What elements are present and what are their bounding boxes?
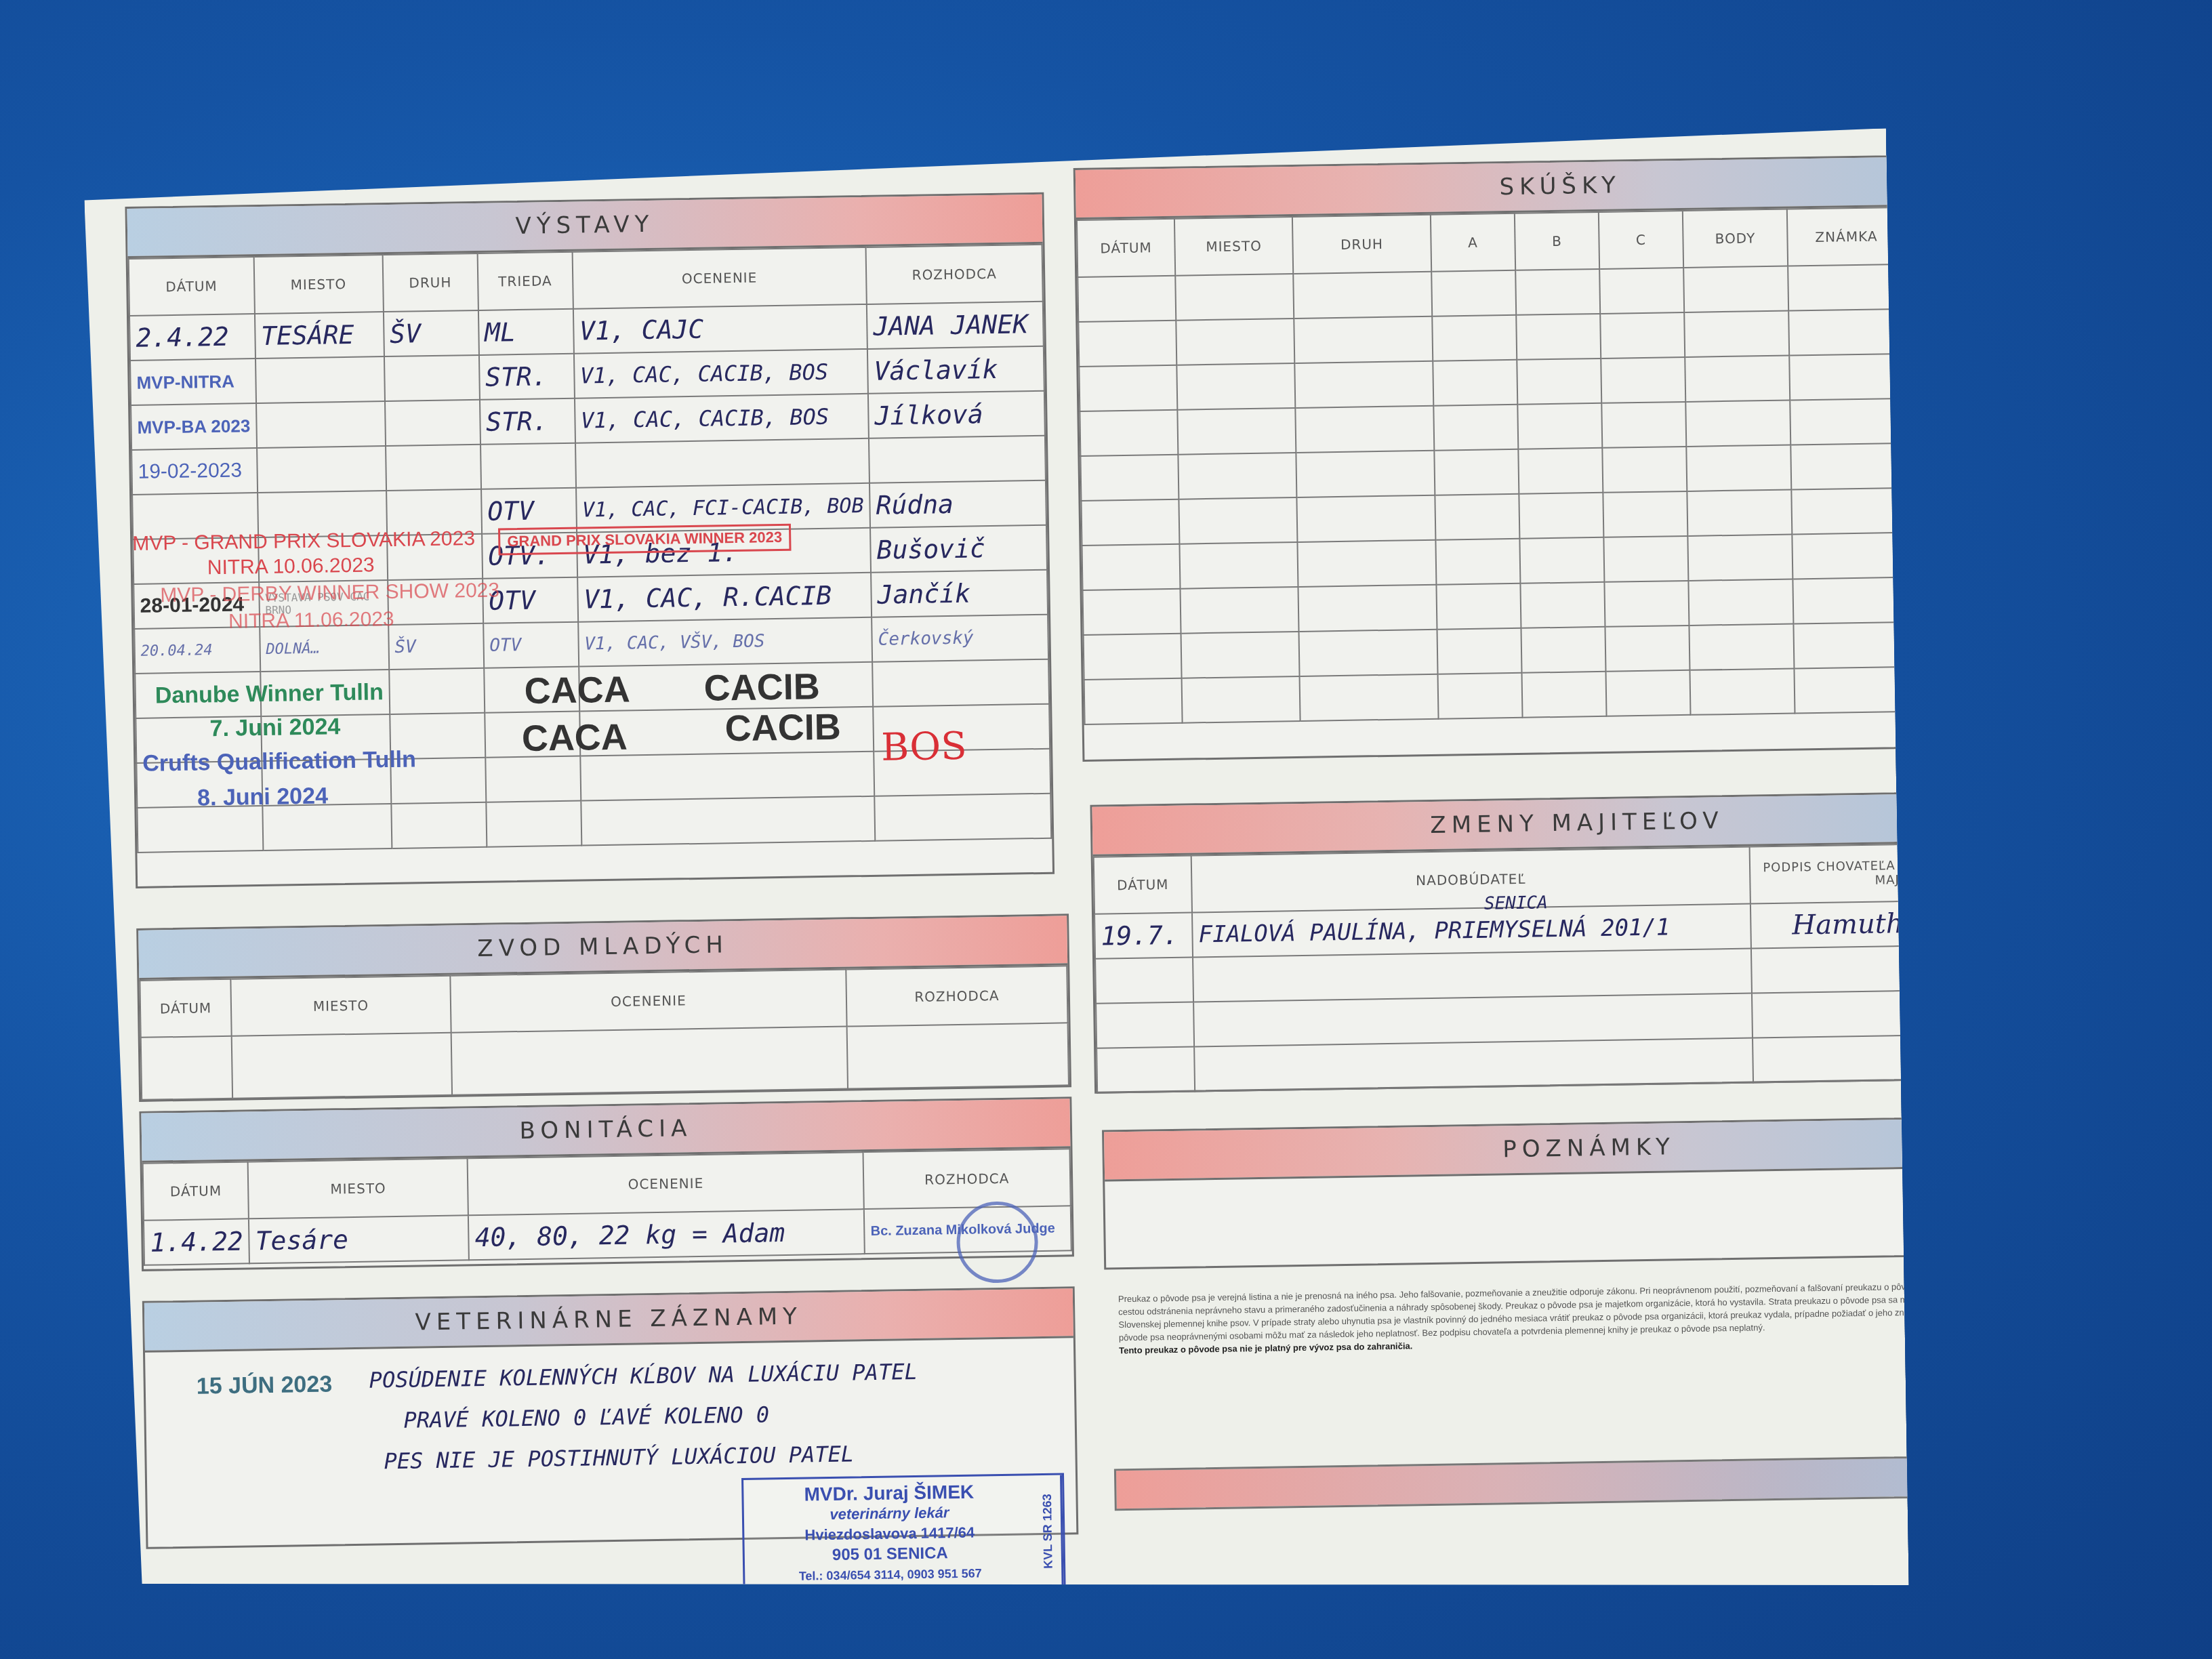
col-rozhodca: ROZHODCA <box>1905 205 2045 264</box>
cell-miesto <box>255 356 385 403</box>
col-b: B <box>1515 212 1599 270</box>
col-miesto: MIESTO <box>1174 217 1293 276</box>
cell-trieda: ML <box>478 309 574 355</box>
stamp-caca-2: CACA <box>521 716 628 760</box>
disclaimer-text: Preukaz o pôvode psa je verejná listina … <box>1118 1277 2068 1357</box>
zvod-mladych-table: DÁTUM MIESTO OCENENIE ROZHODCA <box>139 965 1069 1100</box>
col-podpis: PODPIS CHOVATEĽA ALEBO DOTERAJŠIEHO MAJI… <box>1750 842 2062 903</box>
section-zvod-mladych: ZVOD MLADÝCH DÁTUM MIESTO OCENENIE ROZHO… <box>136 914 1071 1102</box>
cell-miesto: Tesáre <box>249 1215 469 1263</box>
zmeny-majitelov-table: DÁTUM NADOBÚDATEĽ PODPIS CHOVATEĽA ALEBO… <box>1093 841 2066 1093</box>
cell-datum: 20.04.24 <box>134 627 260 674</box>
cell-rozhodca: Čerkovský <box>872 615 1048 662</box>
col-miesto: MIESTO <box>253 255 383 314</box>
bonitacia-table: DÁTUM MIESTO OCENENIE ROZHODCA 1.4.22 Te… <box>142 1148 1072 1266</box>
cell-rozhodca: Václavík <box>867 346 1044 394</box>
col-datum: DÁTUM <box>143 1162 249 1220</box>
col-body: BODY <box>1683 209 1788 268</box>
cell-datum: 19-02-2023 <box>131 448 258 495</box>
section-poznamky: POZNÁMKY <box>1102 1115 2077 1270</box>
section-vystavy: VÝSTAVY DÁTUM MIESTO DRUH TRIEDA OCENENI… <box>125 192 1054 888</box>
cell-rozhodca <box>869 436 1046 483</box>
col-datum: DÁTUM <box>129 257 255 316</box>
stamp-nitra-1: NITRA 10.06.2023 <box>207 554 375 579</box>
col-druh: DRUH <box>1292 215 1431 274</box>
cell-podpis: Hamuthová <box>1750 899 2063 948</box>
stamp-crufts: Crufts Qualification Tulln <box>142 746 416 777</box>
stamp-cacib-2: CACIB <box>724 706 841 750</box>
cell-miesto <box>256 401 386 448</box>
cell-miesto <box>257 446 386 493</box>
cell-rozhodca: JANA JANEK <box>867 302 1044 349</box>
skj-round-stamp-icon <box>956 1201 1039 1284</box>
cell-druh <box>384 355 480 401</box>
vet-date-stamp: 15 JÚN 2023 <box>197 1371 333 1399</box>
cell-druh <box>385 400 480 446</box>
cell-druh: ŠV <box>388 623 484 670</box>
col-nadobudatel: NADOBÚDATEĽ <box>1191 847 1750 913</box>
cell-rozhodca: Bušovič <box>870 525 1047 573</box>
col-c: C <box>1599 211 1683 269</box>
disclaimer-body: Preukaz o pôvode psa je verejná listina … <box>1118 1279 2047 1343</box>
vet-line-2: PRAVÉ KOLENO 0 ĽAVÉ KOLENO 0 <box>403 1401 769 1433</box>
cell-ocenenie: V1, CAC, VŠV, BOS <box>578 617 872 667</box>
cell-ocenenie: V1, CAC, R.CACIB <box>577 573 872 622</box>
col-trieda: TRIEDA <box>477 252 573 310</box>
cell-ocenenie: V1, CAC, CACIB, BOS <box>575 394 869 443</box>
poznamky-title: POZNÁMKY <box>1104 1117 2074 1181</box>
stamp-grand-prix-winner-box: GRAND PRIX SLOVAKIA WINNER 2023 <box>498 524 791 556</box>
cell-datum: 2.4.22 <box>129 314 255 361</box>
skusky-table: DÁTUM MIESTO DRUH A B C BODY ZNÁMKA ROZH… <box>1076 205 2053 725</box>
col-ocenenie: OCENENIE <box>468 1152 864 1215</box>
skusky-title: SKÚŠKY <box>1076 155 2045 220</box>
vet-stamp-tel: Tel.: 034/654 3114, 0903 951 567 <box>745 1562 1036 1587</box>
col-miesto: MIESTO <box>230 976 451 1036</box>
cell-trieda: STR. <box>480 398 575 445</box>
section-skusky: SKÚŠKY DÁTUM MIESTO DRUH A B C BODY ZNÁM… <box>1073 153 2056 762</box>
vet-line-1: POSÚDENIE KOLENNÝCH KĹBOV NA LUXÁCIU PAT… <box>369 1359 918 1393</box>
cell-druh: ŠV <box>384 310 479 356</box>
vet-line-3: PES NIE JE POSTIHNUTÝ LUXÁCIOU PATEL <box>384 1441 854 1474</box>
disclaimer-bold: Tento preukaz o pôvode psa nie je platný… <box>1119 1340 1412 1355</box>
stamp-nitra-2: NITRA 11.06.2023 <box>228 608 394 634</box>
stamp-crufts-date: 8. Juni 2024 <box>197 783 328 811</box>
cell-trieda <box>480 443 576 489</box>
col-rozhodca: ROZHODCA <box>846 966 1067 1026</box>
serial-number: 126387 <box>1908 1460 2041 1492</box>
col-druh: DRUH <box>382 253 478 312</box>
cell-ocenenie <box>575 438 869 488</box>
serial-number-bar: 126387 <box>1114 1454 2084 1511</box>
cell-ocenenie: V1, CAC, CACIB, BOS <box>574 349 868 398</box>
veterinarne-title: VETERINÁRNE ZÁZNAMY <box>144 1288 1073 1353</box>
vet-stamp-side: KVL SR 1263 <box>1034 1475 1064 1588</box>
col-rozhodca: ROZHODCA <box>863 1149 1071 1209</box>
stamp-danube-winner: Danube Winner Tulln <box>155 679 384 709</box>
cell-trieda: OTV <box>483 622 579 668</box>
section-zmeny-majitelov: ZMENY MAJITEĽOV DÁTUM NADOBÚDATEĽ PODPIS… <box>1090 790 2068 1094</box>
col-datum: DÁTUM <box>1077 219 1175 277</box>
col-rozhodca: ROZHODCA <box>866 245 1043 304</box>
cell-datum: 1.4.22 <box>144 1218 249 1265</box>
cell-trieda: STR. <box>479 354 575 400</box>
nadobudatel-city: SENICA <box>1484 893 1548 914</box>
stamp-bos: BOS <box>881 724 967 770</box>
zmeny-majitelov-title: ZMENY MAJITEĽOV <box>1092 792 2062 856</box>
cell-rozhodca: Jílková <box>868 391 1045 438</box>
col-ocenenie: OCENENIE <box>450 970 846 1033</box>
cell-druh <box>386 445 481 491</box>
cell-datum: MVP-NITRA <box>130 359 256 405</box>
pedigree-document-page: VÝSTAVY DÁTUM MIESTO DRUH TRIEDA OCENENI… <box>83 128 1908 1614</box>
cell-rozhodca: Rúdna <box>869 480 1046 528</box>
cell-datum: 19.7. <box>1094 912 1193 958</box>
cell-miesto: TESÁRE <box>255 312 384 359</box>
cell-ocenenie: 40, 80, 22 kg = Adam <box>468 1209 865 1260</box>
cell-ocenenie: V1, CAJC <box>573 304 867 354</box>
stamp-caca-1: CACA <box>524 668 630 712</box>
stamp-cacib-1: CACIB <box>703 665 820 710</box>
col-datum: DÁTUM <box>140 979 231 1038</box>
col-a: A <box>1431 213 1515 272</box>
nadobudatel-name: FIALOVÁ PAULÍNA, PRIEMYSELNÁ 201/1 <box>1198 914 1671 948</box>
col-znamka: ZNÁMKA <box>1787 207 1906 266</box>
col-datum: DÁTUM <box>1094 855 1192 914</box>
section-bonitacia: BONITÁCIA DÁTUM MIESTO OCENENIE ROZHODCA… <box>139 1097 1074 1271</box>
cell-datum: MVP-BA 2023 <box>131 403 257 450</box>
vet-stamp: MVDr. Juraj ŠIMEK veterinárny lekár Hvie… <box>741 1473 1066 1594</box>
stamp-danube-date: 7. Juni 2024 <box>209 714 340 742</box>
col-miesto: MIESTO <box>248 1158 468 1218</box>
cell-rozhodca: Jančík <box>871 570 1048 617</box>
col-ocenenie: OCENENIE <box>572 247 867 309</box>
